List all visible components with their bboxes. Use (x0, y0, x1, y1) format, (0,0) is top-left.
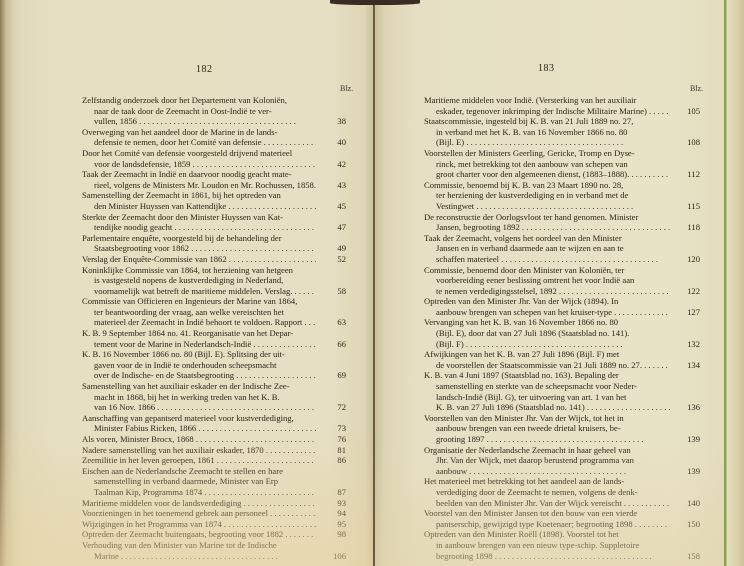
toc-entry-page-number: 105 (674, 106, 700, 117)
toc-entry-title: Voorstellen van den Minister Jhr. Van de… (424, 413, 670, 424)
toc-entry: Vervanging van het K. B. van 16 November… (424, 317, 700, 349)
toc-entry-continuation: samenstelling en sterkte van de scheepsm… (424, 381, 670, 392)
toc-entry: Voorstel van den Minister Jansen tot den… (424, 508, 700, 529)
toc-entry-title: Koninklijke Commissie van 1864, tot herz… (82, 265, 316, 276)
toc-entry: K. B. 16 November 1866 no. 80 (Bijl. E).… (82, 349, 346, 381)
toc-entry-page-number: 150 (674, 519, 700, 530)
left-page: 182 Blz. Zelfstandig onderzoek door het … (0, 0, 374, 566)
toc-entry-continuation: Taalman Kip, Programma 1874 (82, 487, 316, 498)
toc-entry-title: Wijzigingen in het Programma van 1874 (82, 519, 316, 530)
toc-entry-continuation: (Bijl. E) (424, 137, 670, 148)
toc-entry-continuation: defensie te nemen, door het Comité van d… (82, 137, 316, 148)
toc-entry-continuation: verdediging door de Zeemacht te nemen, v… (424, 487, 670, 498)
toc-entry: Optreden der Zeemacht buitengaats, begro… (82, 529, 346, 540)
toc-entry-page-number: 158 (674, 551, 700, 562)
toc-entry-page-number: 132 (674, 339, 700, 350)
toc-entry-title: Taak der Zeemacht, volgens het oordeel v… (424, 233, 670, 244)
toc-entry-page-number: 93 (320, 498, 346, 509)
toc-entry: Samenstelling der Zeemacht in 1861, bij … (82, 190, 346, 211)
toc-entry-page-number: 42 (320, 159, 346, 170)
toc-entry-page-number: 47 (320, 222, 346, 233)
toc-entry-continuation: Jhr. Van der Wijck, met daarop berustend… (424, 455, 670, 466)
toc-entry-continuation: K. B. van 27 Juli 1896 (Staatsblad no. 1… (424, 402, 670, 413)
toc-entry: Maritieme middelen voor de landsverdedig… (82, 498, 346, 509)
toc-entry-title: Zeemilitie in het leven geroepen, 1861 (82, 455, 316, 466)
toc-entry: Parlementaire enquête, voorgesteld bij d… (82, 233, 346, 254)
toc-entry-continuation: voor de landsdefensie, 1859 (82, 159, 316, 170)
toc-entry: Nadere samenstelling van het auxiliair e… (82, 445, 346, 456)
toc-entry-continuation: eskader, tegenover inkrimping der Indisc… (424, 106, 670, 117)
toc-entry-continuation: vullen, 1856 (82, 116, 316, 127)
toc-entry-continuation: ter beantwoording der vraag, aan welke v… (82, 307, 316, 318)
toc-entry-page-number: 52 (320, 254, 346, 265)
toc-entry-continuation: van 16 Nov. 1866 (82, 402, 316, 413)
toc-entry-title: Commissie, benoemd bij K. B. van 23 Maar… (424, 180, 670, 191)
toc-entry-continuation: is vastgesteld nopens de kustverdediging… (82, 275, 316, 286)
toc-entry-title: Vervanging van het K. B. van 16 November… (424, 317, 670, 328)
toc-entry-continuation: schaffen materieel (424, 254, 670, 265)
toc-entry-continuation: Vestingwet (424, 201, 670, 212)
toc-entry: Optreden van den Minister Roëll (1898). … (424, 529, 700, 561)
toc-entry-page-number: 94 (320, 508, 346, 519)
toc-entry: K. B. van 4 Juni 1897 (Staatsblad no. 16… (424, 370, 700, 412)
toc-entry-page-number: 136 (674, 402, 700, 413)
toc-entry-continuation: rinck, met betrekking tot den aanbouw va… (424, 159, 670, 170)
toc-entry: Verhouding van den Minister van Marine t… (82, 540, 346, 561)
toc-entry-page-number: 73 (320, 423, 346, 434)
toc-entry-continuation: gaven voor de in Indië te onderhouden sc… (82, 360, 316, 371)
toc-entry-continuation: landsch-Indië (Bijl. G), ter uitvoering … (424, 392, 670, 403)
toc-entry: Sterkte der Zeemacht door den Minister H… (82, 212, 346, 233)
toc-entry-title: K. B. 9 September 1864 no. 41. Reorganis… (82, 328, 316, 339)
toc-entry: De reconstructie der Oorlogsvloot ter ha… (424, 212, 700, 233)
toc-entry: Verslag der Enquête-Commissie van 186252 (82, 254, 346, 265)
toc-entry-title: Taak der Zeemacht in Indië en daarvoor n… (82, 169, 316, 180)
column-heading-left: Blz. (340, 84, 353, 93)
toc-entry-title: Staatscommissie, ingesteld bij K. B. van… (424, 116, 670, 127)
toc-entry-title: Commissie van Officieren en Ingenieurs d… (82, 296, 316, 307)
toc-entry-continuation: macht in 1868, bij het in werking treden… (82, 392, 316, 403)
toc-entry-title: K. B. van 4 Juni 1897 (Staatsblad no. 16… (424, 370, 670, 381)
toc-entry-title: Optreden van den Minister Roëll (1898). … (424, 529, 670, 540)
toc-entry-continuation: aanbouw brengen van een tweede drietal k… (424, 423, 670, 434)
toc-entry-continuation: Jansen en in verband daarmede aan te wij… (424, 243, 670, 254)
toc-entry-title: Afwijkingen van het K. B. van 27 Juli 18… (424, 349, 670, 360)
toc-entry: Taak der Zeemacht in Indië en daarvoor n… (82, 169, 346, 190)
toc-entry: K. B. 9 September 1864 no. 41. Reorganis… (82, 328, 346, 349)
toc-entry-title: Voorstellen der Ministers Geerling, Geri… (424, 148, 670, 159)
toc-entry-title: Eischen aan de Nederlandsche Zeemacht te… (82, 466, 316, 477)
toc-entry-continuation: in aanbouw brengen van een nieuw type-sc… (424, 540, 670, 551)
toc-entry-page-number: 139 (674, 466, 700, 477)
toc-entry-continuation: ter herziening der kustverdediging en in… (424, 190, 670, 201)
toc-entry-title: Het materieel met betrekking tot het aan… (424, 476, 670, 487)
toc-entry-page-number: 120 (674, 254, 700, 265)
column-heading-right: Blz. (690, 84, 703, 93)
toc-entry-continuation: materieel der Zeemacht in Indië behoort … (82, 317, 316, 328)
toc-entry-title: De reconstructie der Oorlogsvloot ter ha… (424, 212, 670, 223)
toc-entry-page-number: 106 (320, 551, 346, 562)
toc-entry-page-number: 122 (674, 286, 700, 297)
toc-entry: Zeemilitie in het leven geroepen, 186186 (82, 455, 346, 466)
toc-entry-continuation: (Bijl. F) (424, 339, 670, 350)
toc-entry: Commissie van Officieren en Ingenieurs d… (82, 296, 346, 328)
toc-entry: Zelfstandig onderzoek door het Departeme… (82, 95, 346, 127)
toc-entry-continuation: aanbouw brengen van schepen van het krui… (424, 307, 670, 318)
toc-entry-title: Optreden van den Minister Jhr. Van der W… (424, 296, 670, 307)
toc-entry-continuation: aanbouw (424, 466, 670, 477)
toc-entry-title: Samenstelling der Zeemacht in 1861, bij … (82, 190, 316, 201)
toc-entry: Het materieel met betrekking tot het aan… (424, 476, 700, 508)
toc-entry: Voorstellen der Ministers Geerling, Geri… (424, 148, 700, 180)
toc-entry-title: Als voren, Minister Brocx, 1868 (82, 434, 316, 445)
toc-entry: Optreden van den Minister Jhr. Van der W… (424, 296, 700, 317)
toc-entry-continuation: begrooting 1898 (424, 551, 670, 562)
toc-entry-continuation: beelden van den Minister Jhr. Van der Wi… (424, 498, 670, 509)
toc-entry-page-number: 112 (674, 169, 700, 180)
toc-entry-continuation: Minister Fabius Ricken, 1866 (82, 423, 316, 434)
toc-entry-title: Samenstelling van het auxiliair eskader … (82, 381, 316, 392)
toc-entry-page-number: 38 (320, 116, 346, 127)
toc-entry-title: Voorstel van den Minister Jansen tot den… (424, 508, 670, 519)
toc-entry-page-number: 76 (320, 434, 346, 445)
toc-entry: Wijzigingen in het Programma van 187495 (82, 519, 346, 530)
toc-entry-page-number: 95 (320, 519, 346, 530)
toc-entry-title: Maritieme middelen voor de landsverdedig… (82, 498, 316, 509)
toc-entry-title: Verslag der Enquête-Commissie van 1862 (82, 254, 316, 265)
toc-entry-title: Optreden der Zeemacht buitengaats, begro… (82, 529, 316, 540)
toc-entry: Samenstelling van het auxiliair eskader … (82, 381, 346, 413)
toc-entry-continuation: samenstelling in verband daarmede, Minis… (82, 476, 316, 487)
table-of-contents-left: Zelfstandig onderzoek door het Departeme… (82, 95, 346, 561)
toc-entry: Maritieme middelen voor Indië. (Versterk… (424, 95, 700, 116)
toc-entry-continuation: Staatsbegrooting voor 1862 (82, 243, 316, 254)
toc-entry: Commissie, benoemd door den Minister van… (424, 265, 700, 297)
toc-entry-continuation: Marine (82, 551, 316, 562)
toc-entry-page-number: 72 (320, 402, 346, 413)
toc-entry-title: Aanschaffing van gepantserd materieel vo… (82, 413, 316, 424)
toc-entry-title: Door het Comité van defensie voorgesteld… (82, 148, 316, 159)
page-number-left: 182 (196, 64, 213, 75)
toc-entry: Eischen aan de Nederlandsche Zeemacht te… (82, 466, 346, 498)
toc-entry-page-number: 140 (674, 498, 700, 509)
toc-entry-title: Sterkte der Zeemacht door den Minister H… (82, 212, 316, 223)
toc-entry: Taak der Zeemacht, volgens het oordeel v… (424, 233, 700, 265)
toc-entry-title: Overweging van het aandeel door de Marin… (82, 127, 316, 138)
toc-entry-continuation: rieel, volgens de Ministers Mr. Loudon e… (82, 180, 316, 191)
toc-entry-title: Zelfstandig onderzoek door het Departeme… (82, 95, 316, 106)
toc-entry-continuation: groot charter voor den algemeenen dienst… (424, 169, 670, 180)
toc-entry-page-number: 66 (320, 339, 346, 350)
toc-entry-title: Verhouding van den Minister van Marine t… (82, 540, 316, 551)
toc-entry-continuation: voorbereiding eener beslissing omtrent h… (424, 275, 670, 286)
toc-entry-continuation: pantserschip, gewijzigd type Koetenaer; … (424, 519, 670, 530)
spine-shadow (330, 0, 420, 5)
toc-entry: Overweging van het aandeel door de Marin… (82, 127, 346, 148)
toc-entry-title: K. B. 16 November 1866 no. 80 (Bijl. E).… (82, 349, 316, 360)
toc-entry-page-number: 43 (320, 180, 346, 191)
toc-entry-page-number: 81 (320, 445, 346, 456)
toc-entry-page-number: 69 (320, 370, 346, 381)
toc-entry-page-number: 139 (674, 434, 700, 445)
table-of-contents-right: Maritieme middelen voor Indië. (Versterk… (424, 95, 700, 561)
toc-entry: Organisatie der Nederlandsche Zeemacht i… (424, 445, 700, 477)
toc-entry-page-number: 63 (320, 317, 346, 328)
toc-entry-continuation: (Bijl. E), door dat van 27 Juli 1896 (St… (424, 328, 670, 339)
toc-entry: Staatscommissie, ingesteld bij K. B. van… (424, 116, 700, 148)
toc-entry-title: Voorzieningen in het toenemend gebrek aa… (82, 508, 316, 519)
toc-entry-page-number: 87 (320, 487, 346, 498)
open-book: 182 Blz. Zelfstandig onderzoek door het … (0, 0, 744, 566)
toc-entry-continuation: in verband met het K. B. van 16 November… (424, 127, 670, 138)
toc-entry-continuation: tement voor de Marine in Nederlandsch-In… (82, 339, 316, 350)
toc-entry: Voorstellen van den Minister Jhr. Van de… (424, 413, 700, 445)
toc-entry-continuation: Jansen, begrooting 1892 (424, 222, 670, 233)
toc-entry-page-number: 108 (674, 137, 700, 148)
toc-entry-continuation: naar de taak door de Zeemacht in Oost-In… (82, 106, 316, 117)
page-number-right: 183 (538, 63, 555, 74)
toc-entry: Door het Comité van defensie voorgesteld… (82, 148, 346, 169)
toc-entry-continuation: tendijke noodig geacht (82, 222, 316, 233)
toc-entry: Aanschaffing van gepantserd materieel vo… (82, 413, 346, 434)
page-fore-edge (724, 0, 744, 566)
toc-entry: Koninklijke Commissie van 1864, tot herz… (82, 265, 346, 297)
toc-entry-page-number: 127 (674, 307, 700, 318)
toc-entry-title: Nadere samenstelling van het auxiliair e… (82, 445, 316, 456)
toc-entry-continuation: den Minister Huyssen van Kattendijke (82, 201, 316, 212)
toc-entry-continuation: grooting 1897 (424, 434, 670, 445)
toc-entry-page-number: 45 (320, 201, 346, 212)
toc-entry-page-number: 40 (320, 137, 346, 148)
toc-entry-page-number: 118 (674, 222, 700, 233)
book-gutter (373, 0, 375, 566)
toc-entry-title: Maritieme middelen voor Indië. (Versterk… (424, 95, 670, 106)
toc-entry: Afwijkingen van het K. B. van 27 Juli 18… (424, 349, 700, 370)
toc-entry-page-number: 86 (320, 455, 346, 466)
toc-entry-page-number: 58 (320, 286, 346, 297)
toc-entry-continuation: voornamelijk wat betreft de maritieme mi… (82, 286, 316, 297)
toc-entry-continuation: te nemen verdedigingsstelsel, 1892 (424, 286, 670, 297)
toc-entry-continuation: over de Indische- en de Staatsbegrooting (82, 370, 316, 381)
toc-entry-title: Parlementaire enquête, voorgesteld bij d… (82, 233, 316, 244)
toc-entry-page-number: 98 (320, 529, 346, 540)
toc-entry-page-number: 134 (674, 360, 700, 371)
toc-entry: Commissie, benoemd bij K. B. van 23 Maar… (424, 180, 700, 212)
toc-entry-page-number: 49 (320, 243, 346, 254)
right-page: 183 Blz. Maritieme middelen voor Indië. … (374, 0, 724, 566)
toc-entry-title: Commissie, benoemd door den Minister van… (424, 265, 670, 276)
toc-entry-title: Organisatie der Nederlandsche Zeemacht i… (424, 445, 670, 456)
toc-entry-continuation: de voorstellen der Staatscommissie van 2… (424, 360, 670, 371)
toc-entry: Voorzieningen in het toenemend gebrek aa… (82, 508, 346, 519)
toc-entry: Als voren, Minister Brocx, 186876 (82, 434, 346, 445)
toc-entry-page-number: 115 (674, 201, 700, 212)
